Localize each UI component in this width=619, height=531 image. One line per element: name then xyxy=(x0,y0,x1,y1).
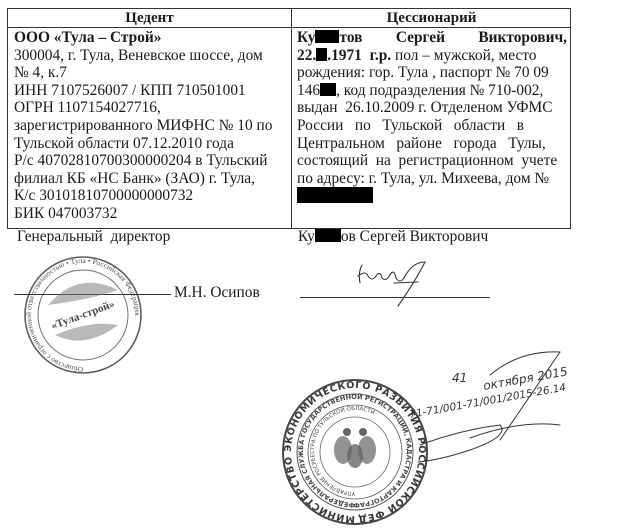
svg-text:ФЕДЕРАЛЬНАЯ СЛУЖБА ГОСУДАРСТВЕ: ФЕДЕРАЛЬНАЯ СЛУЖБА ГОСУДАРСТВЕННОЙ РЕГИС… xyxy=(0,0,413,509)
registry-ring-middle: ФЕДЕРАЛЬНАЯ СЛУЖБА ГОСУДАРСТВЕННОЙ РЕГИС… xyxy=(0,0,413,509)
coat-of-arms-icon xyxy=(334,428,376,468)
registration-handwriting: 41 октября 2015 71-71/001-71/001/2015-26… xyxy=(408,352,568,462)
handwritten-number: 41 xyxy=(452,371,467,385)
stamps-and-signatures: Общество с ограниченной ответственностью… xyxy=(0,0,619,531)
company-stamp: Общество с ограниченной ответственностью… xyxy=(24,256,142,374)
cessionary-signature xyxy=(358,262,425,306)
